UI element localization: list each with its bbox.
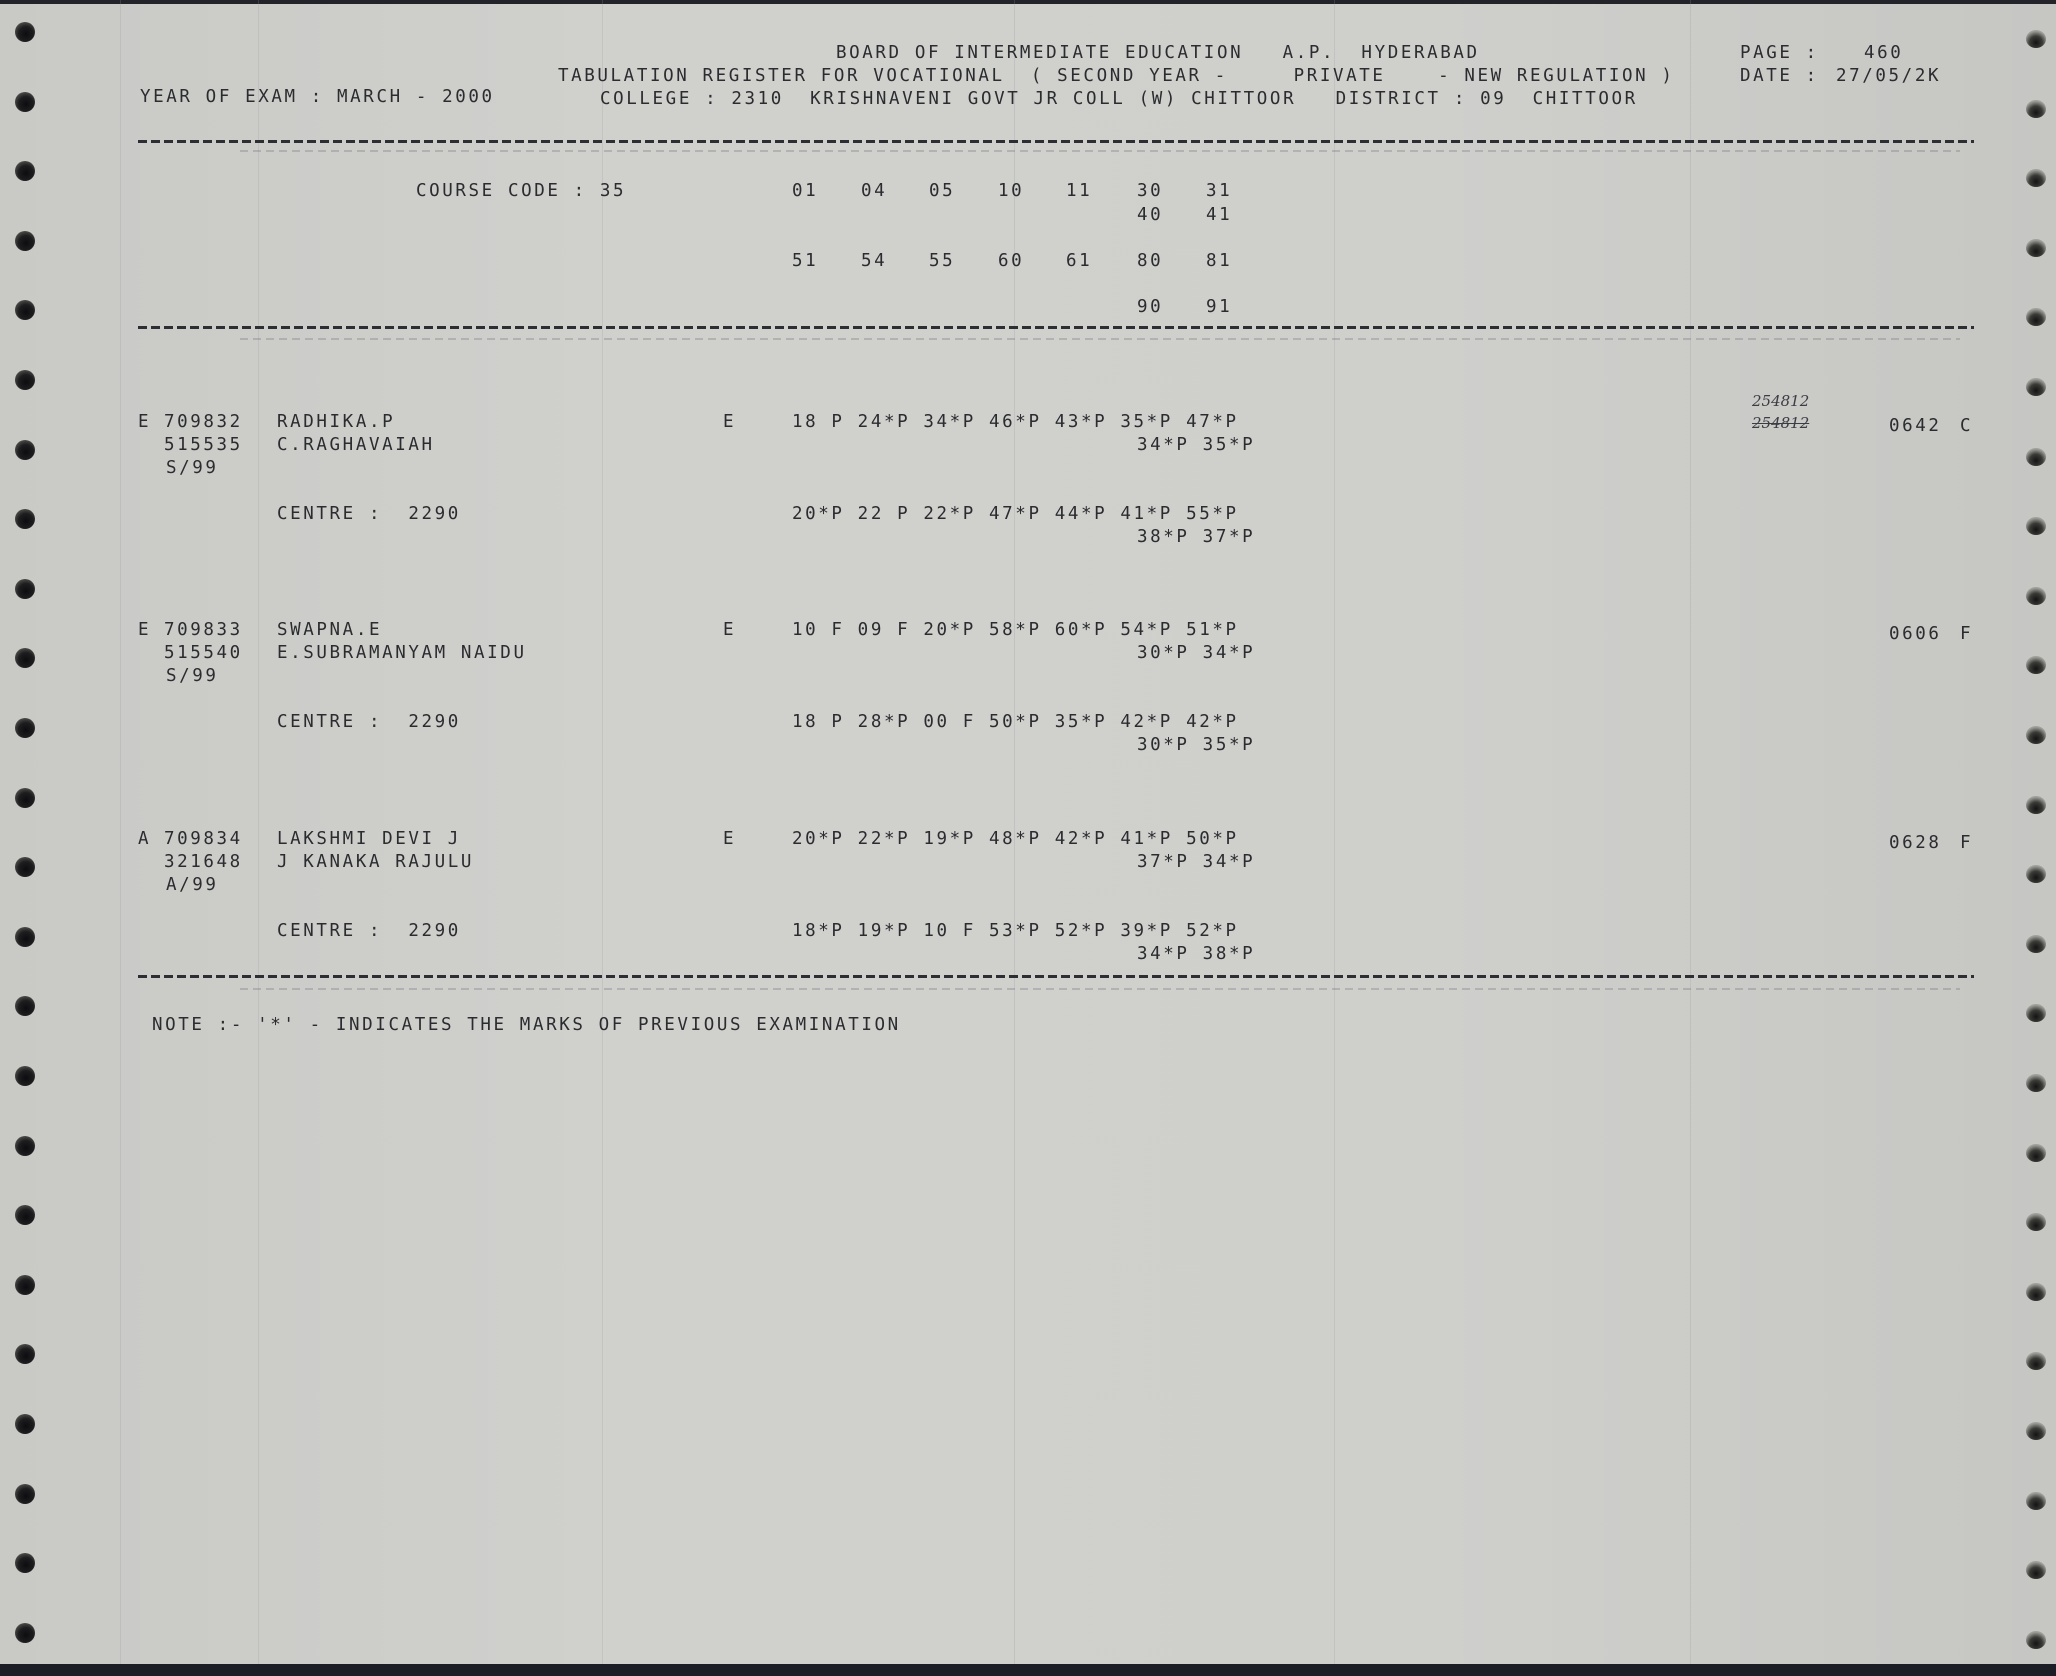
feed-hole: [2026, 1074, 2046, 1092]
feed-hole: [2026, 100, 2046, 118]
candidate-name: SWAPNA.E: [277, 620, 382, 640]
subject-code: 90: [1137, 297, 1163, 317]
date-label: DATE :: [1740, 66, 1819, 86]
previous-attempt: A/99: [166, 875, 219, 895]
subject-code: 11: [1066, 181, 1092, 201]
hall-ticket-number: 709833: [164, 620, 243, 640]
subject-code: 61: [1066, 251, 1092, 271]
feed-hole: [15, 996, 35, 1016]
subject-code: 41: [1206, 205, 1232, 225]
subject-code: 10: [998, 181, 1024, 201]
date-value: 27/05/2K: [1836, 66, 1941, 86]
paper-guide-line: [1690, 0, 1691, 1664]
result-grade: C: [1960, 416, 1973, 436]
marks-row-1: 18 P 24*P 34*P 46*P 43*P 35*P 47*P: [792, 412, 1239, 432]
result-grade: F: [1960, 624, 1973, 644]
marks-row-2-sub: 38*P 37*P: [1137, 527, 1255, 547]
feed-hole: [15, 788, 35, 808]
marks-row-1-sub: 34*P 35*P: [1137, 435, 1255, 455]
reference-number: 515535: [164, 435, 243, 455]
result-grade: F: [1960, 833, 1973, 853]
total-marks: 0628: [1889, 833, 1942, 853]
marks-row-2: 18 P 28*P 00 F 50*P 35*P 42*P 42*P: [792, 712, 1239, 732]
feed-hole: [15, 1414, 35, 1434]
subject-code: 91: [1206, 297, 1232, 317]
feed-hole: [2026, 517, 2046, 535]
feed-hole: [2026, 1004, 2046, 1022]
handwritten-struck-annotation: 254812: [1752, 414, 1809, 432]
subject-code: 60: [998, 251, 1024, 271]
subject-code: 30: [1137, 181, 1163, 201]
feed-hole: [2026, 448, 2046, 466]
marks-row-2: 18*P 19*P 10 F 53*P 52*P 39*P 52*P: [792, 921, 1239, 941]
feed-hole: [2026, 239, 2046, 257]
printed-register-sheet: BOARD OF INTERMEDIATE EDUCATION A.P. HYD…: [0, 0, 2056, 1664]
page-label: PAGE :: [1740, 43, 1819, 63]
subject-code: 31: [1206, 181, 1232, 201]
feed-hole: [15, 370, 35, 390]
feed-hole: [2026, 587, 2046, 605]
feed-hole: [2026, 796, 2046, 814]
feed-hole: [15, 1623, 35, 1643]
marks-row-2: 20*P 22 P 22*P 47*P 44*P 41*P 55*P: [792, 504, 1239, 524]
reference-number: 515540: [164, 643, 243, 663]
feed-hole: [2026, 30, 2046, 48]
hall-ticket-number: 709834: [164, 829, 243, 849]
sheet-bottom-edge: [0, 1664, 2056, 1676]
feed-hole: [15, 718, 35, 738]
feed-hole: [15, 1136, 35, 1156]
marks-row-2-sub: 30*P 35*P: [1137, 735, 1255, 755]
candidate-category: E: [138, 412, 151, 432]
feed-hole: [15, 1275, 35, 1295]
board-title: BOARD OF INTERMEDIATE EDUCATION A.P. HYD…: [836, 43, 1480, 63]
exam-centre: CENTRE : 2290: [277, 712, 461, 732]
marks-row-1-sub: 37*P 34*P: [1137, 852, 1255, 872]
page-number: 460: [1864, 43, 1903, 63]
subject-code: 05: [929, 181, 955, 201]
feed-hole: [15, 22, 35, 42]
father-name: E.SUBRAMANYAM NAIDU: [277, 643, 527, 663]
feed-hole: [2026, 1213, 2046, 1231]
marks-row-1: 20*P 22*P 19*P 48*P 42*P 41*P 50*P: [792, 829, 1239, 849]
total-marks: 0642: [1889, 416, 1942, 436]
feed-hole: [15, 927, 35, 947]
dashed-rule-ghost: [240, 150, 1960, 152]
subject-code: 54: [861, 251, 887, 271]
feed-hole: [2026, 1561, 2046, 1579]
college-line: COLLEGE : 2310 KRISHNAVENI GOVT JR COLL …: [600, 89, 1638, 109]
reference-number: 321648: [164, 852, 243, 872]
feed-hole: [15, 1205, 35, 1225]
feed-hole: [2026, 1352, 2046, 1370]
feed-hole: [15, 1344, 35, 1364]
feed-hole: [15, 92, 35, 112]
marks-row-2-sub: 34*P 38*P: [1137, 944, 1255, 964]
feed-hole: [2026, 378, 2046, 396]
feed-hole: [2026, 1144, 2046, 1162]
dashed-rule: [138, 140, 1974, 143]
subject-code: 81: [1206, 251, 1232, 271]
dashed-rule-ghost: [240, 338, 1960, 340]
previous-attempt: S/99: [166, 458, 219, 478]
feed-hole: [2026, 656, 2046, 674]
feed-hole: [2026, 1492, 2046, 1510]
handwritten-annotation: 254812: [1752, 392, 1809, 410]
candidate-category: E: [138, 620, 151, 640]
subject-code: 80: [1137, 251, 1163, 271]
feed-hole: [2026, 865, 2046, 883]
father-name: J KANAKA RAJULU: [277, 852, 474, 872]
father-name: C.RAGHAVAIAH: [277, 435, 435, 455]
subject-code: 04: [861, 181, 887, 201]
dashed-rule-ghost: [240, 988, 1960, 990]
feed-hole: [15, 1484, 35, 1504]
subject-code: 51: [792, 251, 818, 271]
feed-hole: [15, 231, 35, 251]
feed-hole: [2026, 169, 2046, 187]
feed-hole: [15, 509, 35, 529]
marks-row-1-sub: 30*P 34*P: [1137, 643, 1255, 663]
feed-hole: [15, 579, 35, 599]
exam-centre: CENTRE : 2290: [277, 921, 461, 941]
feed-hole: [2026, 1631, 2046, 1649]
feed-hole: [15, 300, 35, 320]
register-title: TABULATION REGISTER FOR VOCATIONAL ( SEC…: [558, 66, 1675, 86]
dashed-rule: [138, 975, 1974, 978]
paper-guide-line: [120, 0, 121, 1664]
feed-hole: [2026, 1422, 2046, 1440]
feed-hole: [15, 440, 35, 460]
medium-code: E: [723, 829, 736, 849]
candidate-name: LAKSHMI DEVI J: [277, 829, 461, 849]
footnote: NOTE :- '*' - INDICATES THE MARKS OF PRE…: [152, 1015, 901, 1035]
feed-hole: [2026, 726, 2046, 744]
exam-centre: CENTRE : 2290: [277, 504, 461, 524]
total-marks: 0606: [1889, 624, 1942, 644]
paper-guide-line: [258, 0, 259, 1664]
candidate-category: A: [138, 829, 151, 849]
feed-hole: [15, 161, 35, 181]
feed-hole: [15, 857, 35, 877]
course-code-label: COURSE CODE : 35: [416, 181, 626, 201]
medium-code: E: [723, 620, 736, 640]
subject-code: 55: [929, 251, 955, 271]
dashed-rule: [138, 326, 1974, 329]
sheet-top-edge: [0, 0, 2056, 4]
subject-code: 01: [792, 181, 818, 201]
hall-ticket-number: 709832: [164, 412, 243, 432]
feed-hole: [15, 1066, 35, 1086]
marks-row-1: 10 F 09 F 20*P 58*P 60*P 54*P 51*P: [792, 620, 1239, 640]
medium-code: E: [723, 412, 736, 432]
feed-hole: [15, 1553, 35, 1573]
feed-hole: [2026, 308, 2046, 326]
candidate-name: RADHIKA.P: [277, 412, 395, 432]
feed-hole: [15, 648, 35, 668]
previous-attempt: S/99: [166, 666, 219, 686]
feed-hole: [2026, 1283, 2046, 1301]
feed-hole: [2026, 935, 2046, 953]
paper-guide-line: [1334, 0, 1335, 1664]
year-of-exam: YEAR OF EXAM : MARCH - 2000: [140, 87, 495, 107]
paper-guide-line: [602, 0, 603, 1664]
subject-code: 40: [1137, 205, 1163, 225]
